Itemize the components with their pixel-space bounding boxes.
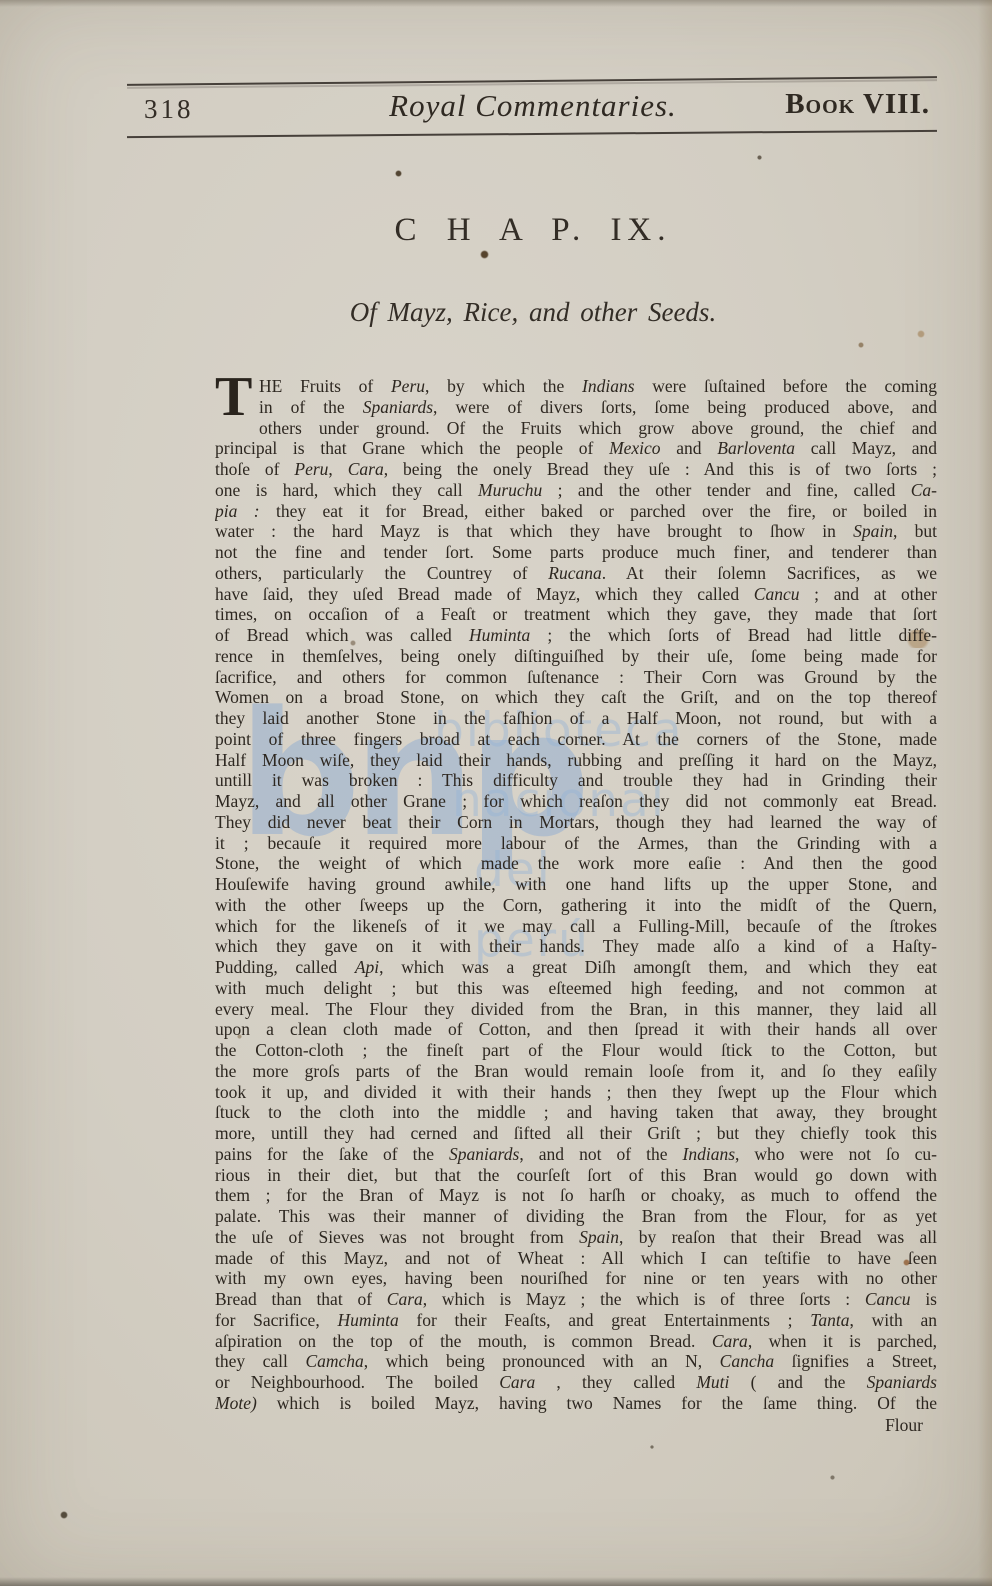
- text-line: They did never beat their Corn in Mortar…: [215, 812, 937, 833]
- text-line: others, particularly the Countrey of Ruc…: [215, 563, 937, 584]
- text-line: untill it was broken : This difficulty a…: [215, 770, 937, 791]
- scan-edge-top: [0, 0, 992, 7]
- text-line: ſacrifice, and others for common ſuſtena…: [215, 667, 937, 688]
- text-line: them ; for the Bran of Mayz is not ſo ha…: [215, 1185, 937, 1206]
- text-line: not the fine and tender ſort. Some parts…: [215, 542, 937, 563]
- text-line: Mayz, and all other Grane ; for which re…: [215, 791, 937, 812]
- book-label: Book VIII.: [785, 88, 930, 121]
- text-line: of Bread which was called Huminta ; the …: [215, 625, 937, 646]
- text-line: Pudding, called Api, which was a great D…: [215, 957, 937, 978]
- text-line: the Cotton-cloth ; the fineſt part of th…: [215, 1040, 937, 1061]
- chapter-subtitle: Of Mayz, Rice, and other Seeds.: [130, 297, 936, 328]
- scan-edge-bottom: [0, 1577, 992, 1586]
- text-line: which they gave on it with their hands. …: [215, 936, 937, 957]
- text-line: the more groſs parts of the Bran would r…: [215, 1061, 937, 1082]
- text-line: it ; becauſe it required more labour of …: [215, 833, 937, 854]
- text-line: others under ground. Of the Fruits which…: [259, 418, 937, 439]
- text-line: took it up, and divided it with their ha…: [215, 1082, 937, 1103]
- text-line: one is hard, which they call Muruchu ; a…: [215, 480, 937, 501]
- catchword: Flour: [215, 1414, 937, 1436]
- text-line: they call Camcha, which being pronounced…: [215, 1351, 937, 1372]
- text-line: Mote) which is boiled Mayz, having two N…: [215, 1393, 937, 1414]
- text-line: principal is that Grane which the people…: [215, 438, 937, 459]
- page-header: 318 Royal Commentaries. Book VIII.: [130, 88, 936, 134]
- text-line: more, untill they had cerned and ſifted …: [215, 1123, 937, 1144]
- text-line: with much delight ; but this was eſteeme…: [215, 978, 937, 999]
- text-line: Half Moon wiſe, they laid their hands, r…: [215, 750, 937, 771]
- text-line: rence in themſelves, being onely diſting…: [215, 646, 937, 667]
- text-line: in of the Spaniards, were of divers ſort…: [259, 397, 937, 418]
- text-line: pains for the ſake of the Spaniards, and…: [215, 1144, 937, 1165]
- text-line: HE Fruits of Peru, by which the Indians …: [259, 376, 937, 397]
- text-line: pia : they eat it for Bread, either bake…: [215, 501, 937, 522]
- text-line: for Sacrifice, Huminta for their Feaſts,…: [215, 1310, 937, 1331]
- body-text-lines: HE Fruits of Peru, by which the Indians …: [215, 376, 937, 1414]
- text-line: the uſe of Sieves was not brought from S…: [215, 1227, 937, 1248]
- text-line: Stone, the weight of which made the work…: [215, 853, 937, 874]
- text-line: upon a clean cloth made of Cotton, and t…: [215, 1019, 937, 1040]
- text-line: Bread than that of Cara, which is Mayz ;…: [215, 1289, 937, 1310]
- header-rule-top: [127, 76, 937, 86]
- text-line: Houſewife having ground awhile, with one…: [215, 874, 937, 895]
- text-line: they laid another Stone in the faſhion o…: [215, 708, 937, 729]
- chapter-heading: C H A P. IX.: [130, 212, 936, 249]
- body-text: T HE Fruits of Peru, by which the Indian…: [215, 376, 937, 1436]
- text-line: made of this Mayz, and not of Wheat : Al…: [215, 1248, 937, 1269]
- text-line: with my own eyes, having been nouriſhed …: [215, 1268, 937, 1289]
- text-line: Women on a broad Stone, on which they ca…: [215, 687, 937, 708]
- text-line: which for the likeneſs of it we may call…: [215, 916, 937, 937]
- book-page: bnp biblioteca nacional del perú 318 Roy…: [0, 0, 992, 1586]
- text-line: every meal. The Flour they divided from …: [215, 999, 937, 1020]
- text-line: or Neighbourhood. The boiled Cara , they…: [215, 1372, 937, 1393]
- text-line: rious in their diet, but that the courſe…: [215, 1165, 937, 1186]
- scan-edge-right: [978, 0, 992, 1586]
- text-line: times, on occaſion of a Feaſt or treatme…: [215, 604, 937, 625]
- text-line: aſpiration on the top of the mouth, is c…: [215, 1331, 937, 1352]
- text-line: have ſaid, they uſed Bread made of Mayz,…: [215, 584, 937, 605]
- text-line: with the other ſweeps up the Corn, gathe…: [215, 895, 937, 916]
- text-line: point of three fingers broad at each cor…: [215, 729, 937, 750]
- text-line: water : the hard Mayz is that which they…: [215, 521, 937, 542]
- text-line: ſtuck to the cloth into the middle ; and…: [215, 1102, 937, 1123]
- text-line: thoſe of Peru, Cara, being the onely Bre…: [215, 459, 937, 480]
- drop-cap: T: [215, 376, 259, 418]
- text-line: palate. This was their manner of dividin…: [215, 1206, 937, 1227]
